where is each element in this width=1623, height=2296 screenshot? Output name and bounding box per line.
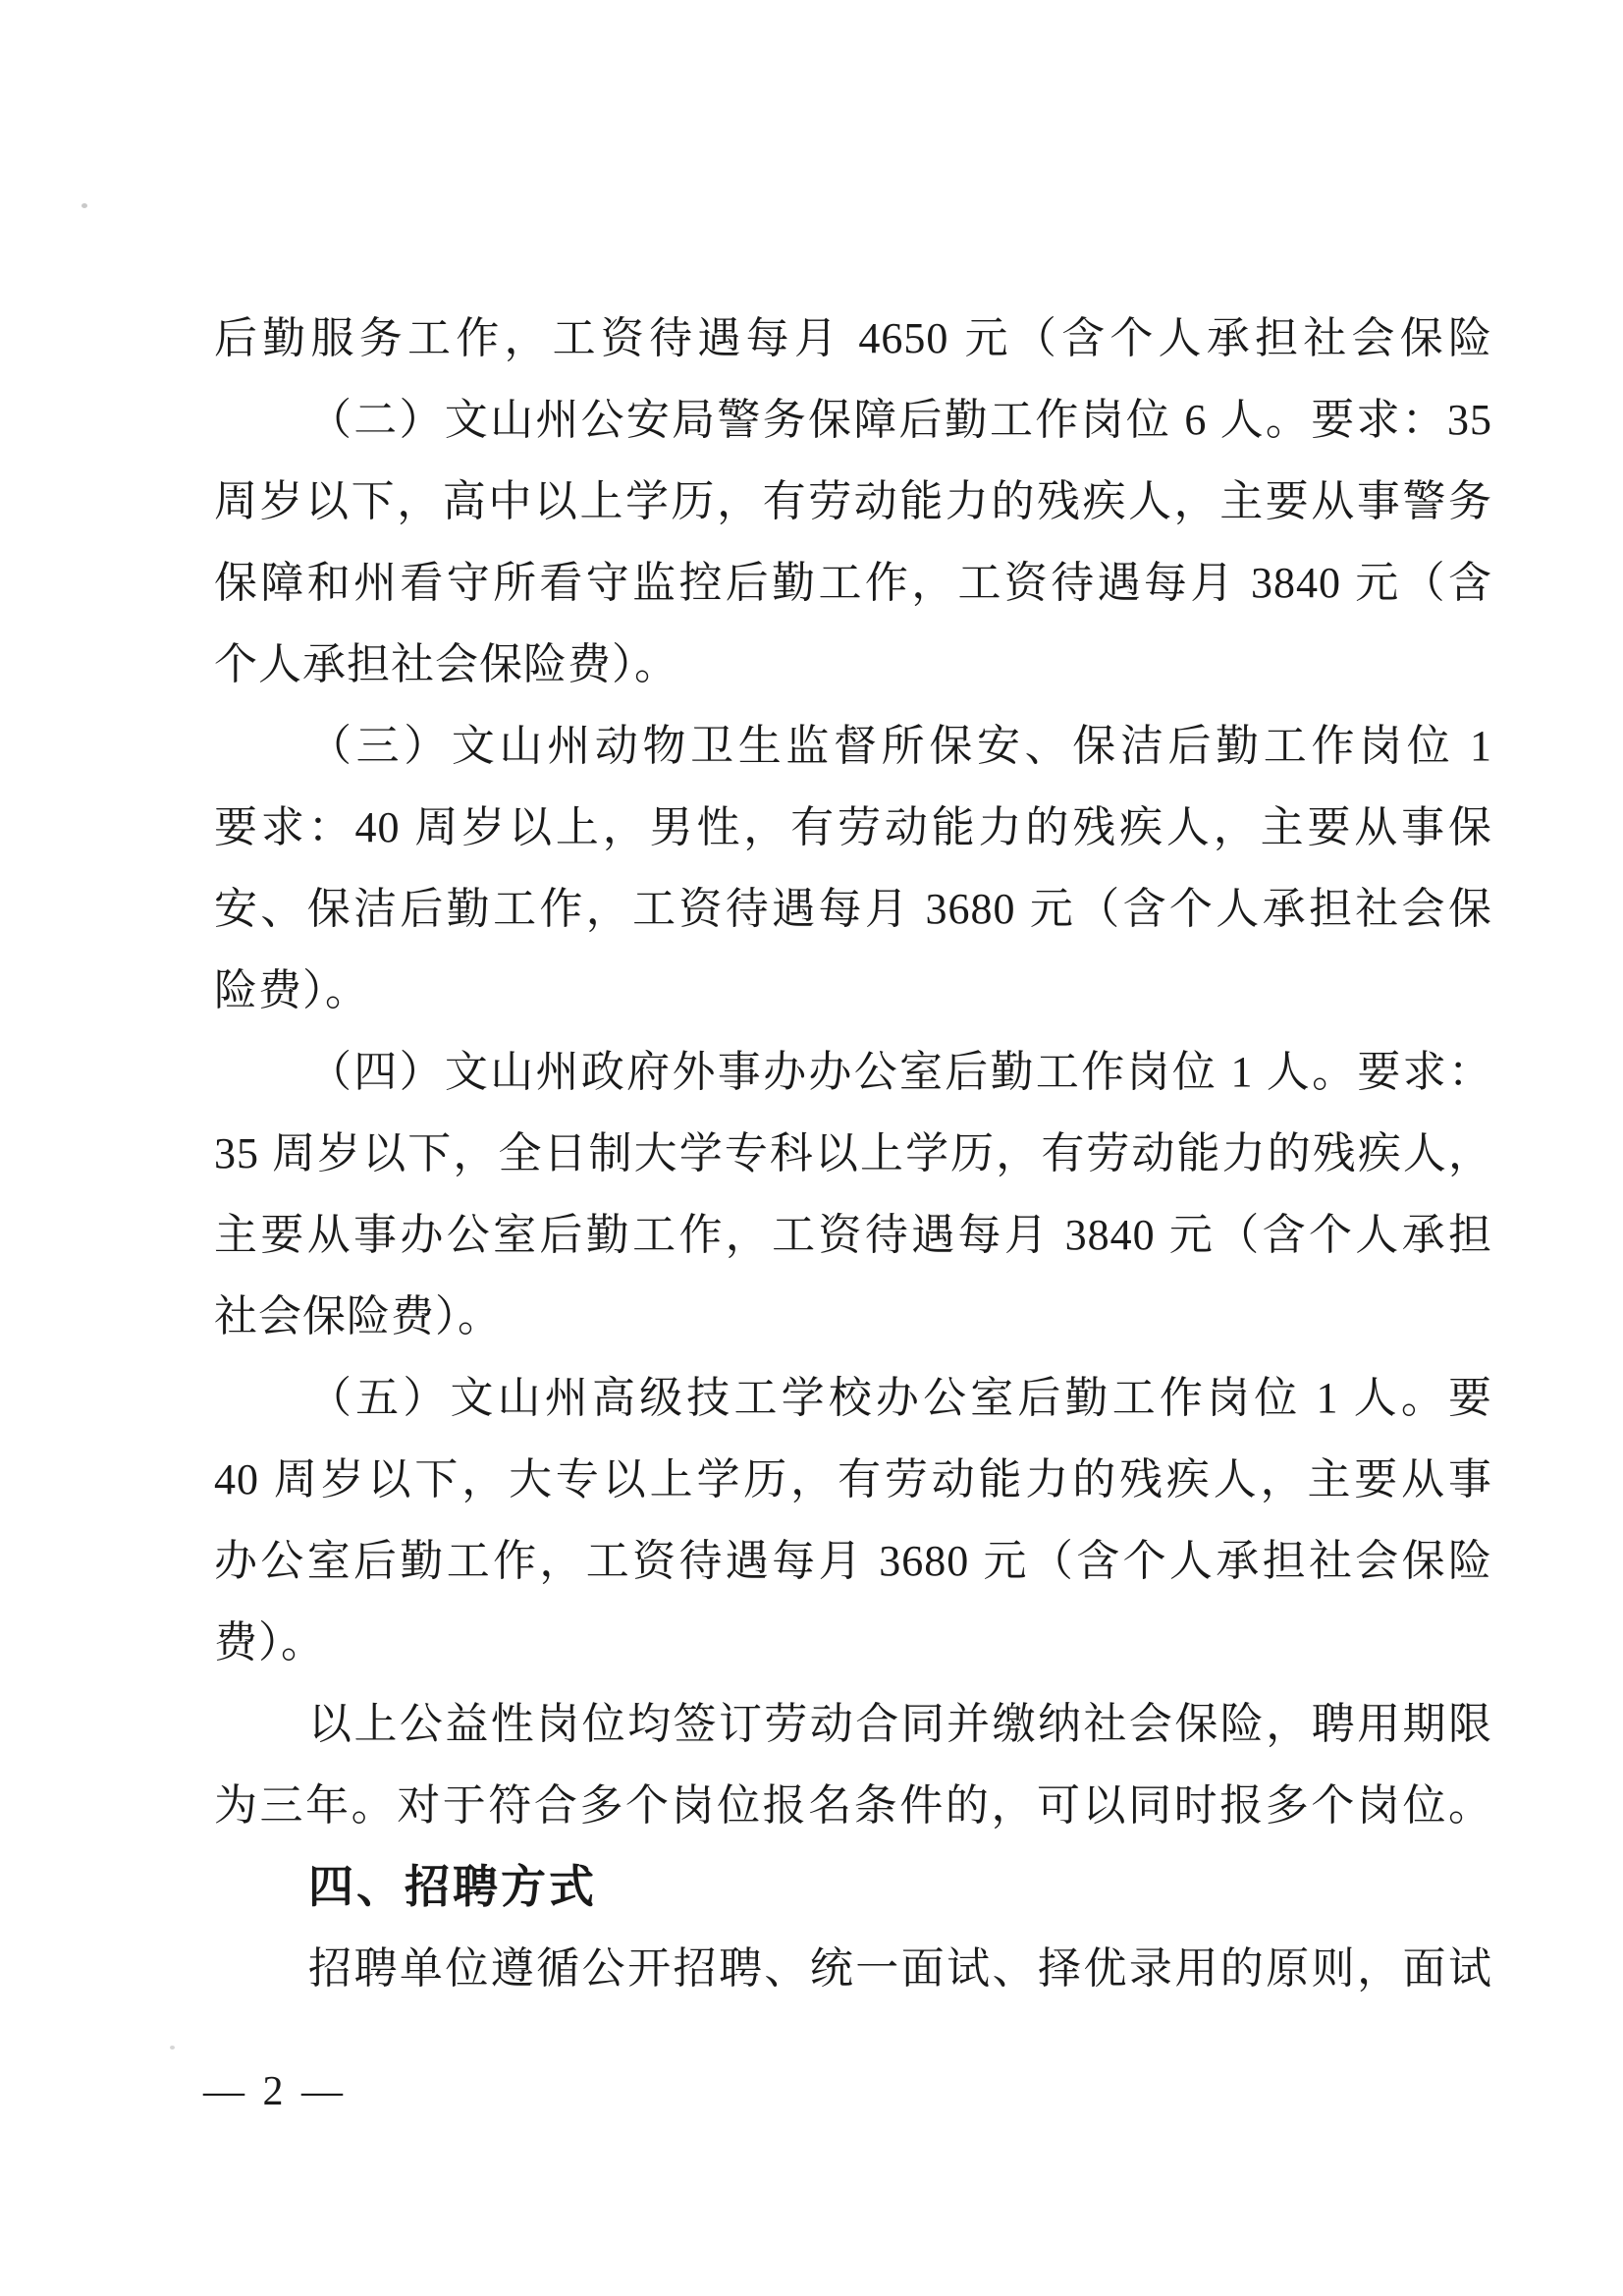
text-line: 保障和州看守所看守监控后勤工作，工资待遇每月 3840 元（含	[214, 542, 1492, 624]
text-line: 个人承担社会保险费）。	[214, 624, 1492, 705]
text-line: （四）文山州政府外事办办公室后勤工作岗位 1 人。要求：	[214, 1031, 1492, 1113]
text-line: 35 周岁以下，全日制大学专科以上学历，有劳动能力的残疾人，	[214, 1113, 1492, 1194]
text-line: 费）。	[214, 1602, 1492, 1683]
document-page: 后勤服务工作，工资待遇每月 4650 元（含个人承担社会保险费）。（二）文山州公…	[0, 0, 1623, 2296]
text-line: 后勤服务工作，工资待遇每月 4650 元（含个人承担社会保险费）。	[214, 298, 1492, 379]
text-line: （三）文山州动物卫生监督所保安、保洁后勤工作岗位 1 人。	[214, 705, 1492, 787]
text-line: 要求：40 周岁以上，男性，有劳动能力的残疾人，主要从事保	[214, 787, 1492, 868]
document-body: 后勤服务工作，工资待遇每月 4650 元（含个人承担社会保险费）。（二）文山州公…	[214, 298, 1492, 2009]
text-line: 险费）。	[214, 950, 1492, 1031]
text-line: （五）文山州高级技工学校办公室后勤工作岗位 1 人。要求：	[214, 1357, 1492, 1439]
text-line: 为三年。对于符合多个岗位报名条件的，可以同时报多个岗位。	[214, 1765, 1492, 1846]
text-line: 社会保险费）。	[214, 1276, 1492, 1357]
text-line: 40 周岁以下，大专以上学历，有劳动能力的残疾人，主要从事	[214, 1439, 1492, 1520]
text-line: 周岁以下，高中以上学历，有劳动能力的残疾人，主要从事警务	[214, 461, 1492, 542]
text-line: 主要从事办公室后勤工作，工资待遇每月 3840 元（含个人承担	[214, 1194, 1492, 1276]
text-line: 安、保洁后勤工作，工资待遇每月 3680 元（含个人承担社会保	[214, 868, 1492, 950]
page-number: — 2 —	[203, 2067, 347, 2116]
text-line: 招聘单位遵循公开招聘、统一面试、择优录用的原则，面试	[214, 1928, 1492, 2009]
text-line: （二）文山州公安局警务保障后勤工作岗位 6 人。要求：35	[214, 379, 1492, 461]
text-line: 以上公益性岗位均签订劳动合同并缴纳社会保险，聘用期限	[214, 1683, 1492, 1765]
text-line: 办公室后勤工作，工资待遇每月 3680 元（含个人承担社会保险	[214, 1520, 1492, 1602]
section-heading: 四、招聘方式	[214, 1846, 1492, 1928]
scan-speck	[170, 2046, 175, 2050]
scan-speck	[81, 203, 87, 208]
